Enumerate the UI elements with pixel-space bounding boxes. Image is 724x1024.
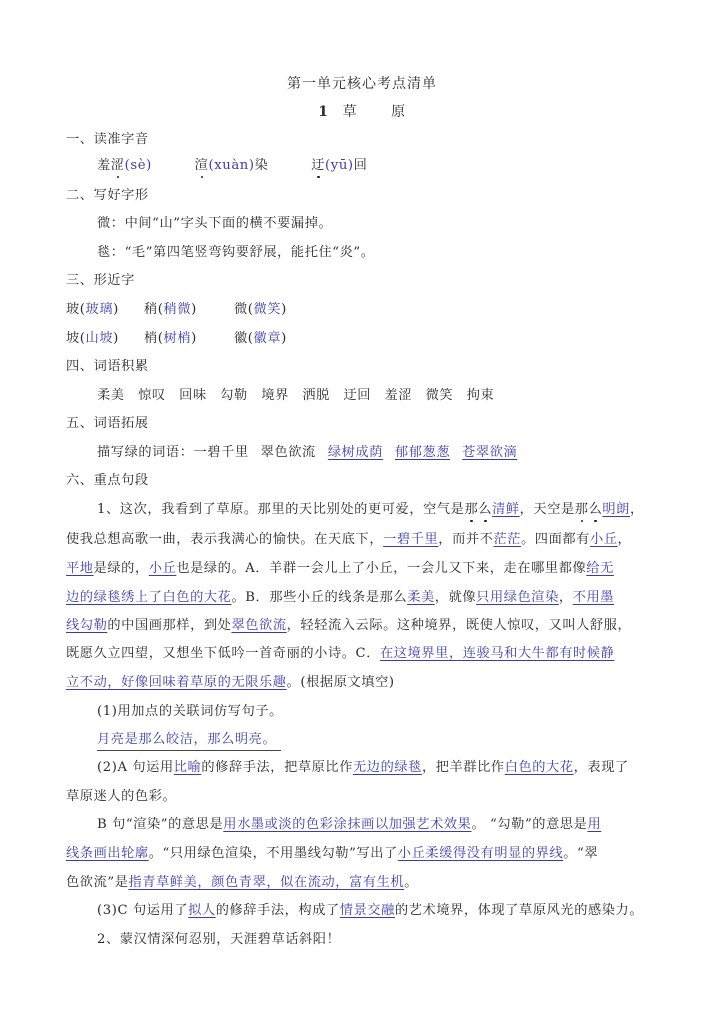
pinyin: (yū) <box>325 158 354 173</box>
vocab-word: 洒脱 <box>302 388 330 403</box>
passage-line: 1、这次，我看到了草原。那里的天比别处的更可爱，空气是那么清鲜，天空是那么明朗， <box>97 501 644 519</box>
passage-line: 线勾勒的中国画那样，到处翠色欲流，轻轻流入云际。这种境界，既使人惊叹，又叫人舒服… <box>66 617 631 635</box>
lesson-title-char: 草 <box>343 104 358 120</box>
question-2-cont: 草原迷人的色彩。 <box>66 788 176 806</box>
question-3: (3)C 句运用了拟人的修辞手法，构成了情景交融的艺术境界，体现了草原风光的感染… <box>97 902 643 920</box>
passage-line: 使我总想高歌一曲，表示我满心的愉快。在天底下，一碧千里，而并不茫茫。四面都有小丘… <box>66 531 631 549</box>
vocab-word: 回味 <box>179 388 207 403</box>
question-1: (1)用加点的关联词仿写句子。 <box>97 703 283 721</box>
passage-line: 平地是绿的，小丘也是绿的。A．羊群一会儿上了小丘，一会儿又下来，走在哪里都像给无 <box>66 560 614 578</box>
similar-chars-row: 坡(山坡)梢(树梢)徽(徽章) <box>66 330 287 348</box>
vocab-word: 境界 <box>261 388 289 403</box>
pron-item: 迂(yū)回 <box>311 158 367 173</box>
section-heading: 四、词语积累 <box>66 358 149 376</box>
vocab-list: 柔美惊叹回味勾勒境界洒脱迂回羞涩微笑拘束 <box>97 387 508 405</box>
dotted-char: 迂 <box>311 158 325 173</box>
pinyin: (xuàn) <box>208 158 254 173</box>
question-2-b-cont: 线条画出轮廓。“只用绿色渲染，不用墨线勾勒”写出了小丘柔缓得没有明显的界线。“翠 <box>66 845 598 863</box>
question-2-b: B 句“渲染”的意思是用水墨或淡的色彩涂抹画以加强艺术效果。 “勾勒”的意思是用 <box>97 816 601 834</box>
passage-line: 边的绿毯绣上了白色的大花。B．那些小丘的线条是那么柔美，就像只用绿色渲染，不用墨 <box>66 589 614 607</box>
answer-1: 月亮是那么皎洁，那么明亮。 <box>97 731 281 751</box>
dotted-char: 渲 <box>195 158 209 173</box>
vocab-word: 微笑 <box>426 388 454 403</box>
pron-item: 羞涩(sè) <box>97 158 152 173</box>
answer-word: 苍翠欲滴 <box>462 445 517 460</box>
vocab-word: 羞涩 <box>385 388 413 403</box>
passage-line: 既愿久立四望，又想坐下低吟一首奇丽的小诗。C．在这境界里，连骏马和大牛都有时候静 <box>66 645 614 663</box>
pinyin: (sè) <box>125 158 152 173</box>
section-heading: 二、写好字形 <box>66 187 149 205</box>
vocab-word: 拘束 <box>467 388 495 403</box>
lesson-title: 1草原 <box>0 103 724 121</box>
section-heading: 三、形近字 <box>66 272 135 290</box>
section-heading: 五、词语拓展 <box>66 415 149 433</box>
dotted-char: 涩 <box>111 158 125 173</box>
section-heading: 六、重点句段 <box>66 472 149 490</box>
question-2: (2)A 句运用比喻的修辞手法，把草原比作无边的绿毯，把羊群比作白色的大花，表现… <box>97 759 629 777</box>
lesson-number: 1 <box>318 104 328 120</box>
page-title: 第一单元核心考点清单 <box>0 75 724 93</box>
passage-2: 2、蒙汉情深何忍别，天涯碧草话斜阳！ <box>97 931 340 949</box>
vocab-word: 勾勒 <box>220 388 248 403</box>
glyph-tip: 微：中间“山”字头下面的横不要漏掉。 <box>97 215 332 233</box>
pron-item: 渲(xuàn)染 <box>195 158 269 173</box>
glyph-tip: 毯：“毛”第四笔竖弯钩要舒展，能托住“炎”。 <box>97 244 375 262</box>
given-word: 翠色欲流 <box>261 445 316 460</box>
vocab-word: 柔美 <box>97 388 125 403</box>
passage-line: 立不动，好像回味着草原的无限乐趣。(根据原文填空) <box>66 674 395 692</box>
pronunciation-row: 羞涩(sè) 渲(xuàn)染 迂(yū)回 <box>97 157 367 175</box>
question-2-b-cont: 色欲流”是指青草鲜美，颜色青翠，似在流动，富有生机。 <box>66 874 418 892</box>
vocab-word: 迂回 <box>343 388 371 403</box>
answer-word: 绿树成荫 <box>328 445 383 460</box>
lesson-title-char: 原 <box>391 104 406 120</box>
section-heading: 一、读准字音 <box>66 131 149 149</box>
vocab-word: 惊叹 <box>138 388 166 403</box>
similar-chars-row: 玻(玻璃)稍(稍微)微(微笑) <box>66 301 287 319</box>
answer-word: 郁郁葱葱 <box>395 445 450 460</box>
vocab-extension: 描写绿的词语：一碧千里翠色欲流绿树成荫郁郁葱葱苍翠欲滴 <box>97 444 517 462</box>
document-page: 第一单元核心考点清单 1草原 一、读准字音 羞涩(sè) 渲(xuàn)染 迂(… <box>0 0 724 1024</box>
given-word: 一碧千里 <box>194 445 249 460</box>
